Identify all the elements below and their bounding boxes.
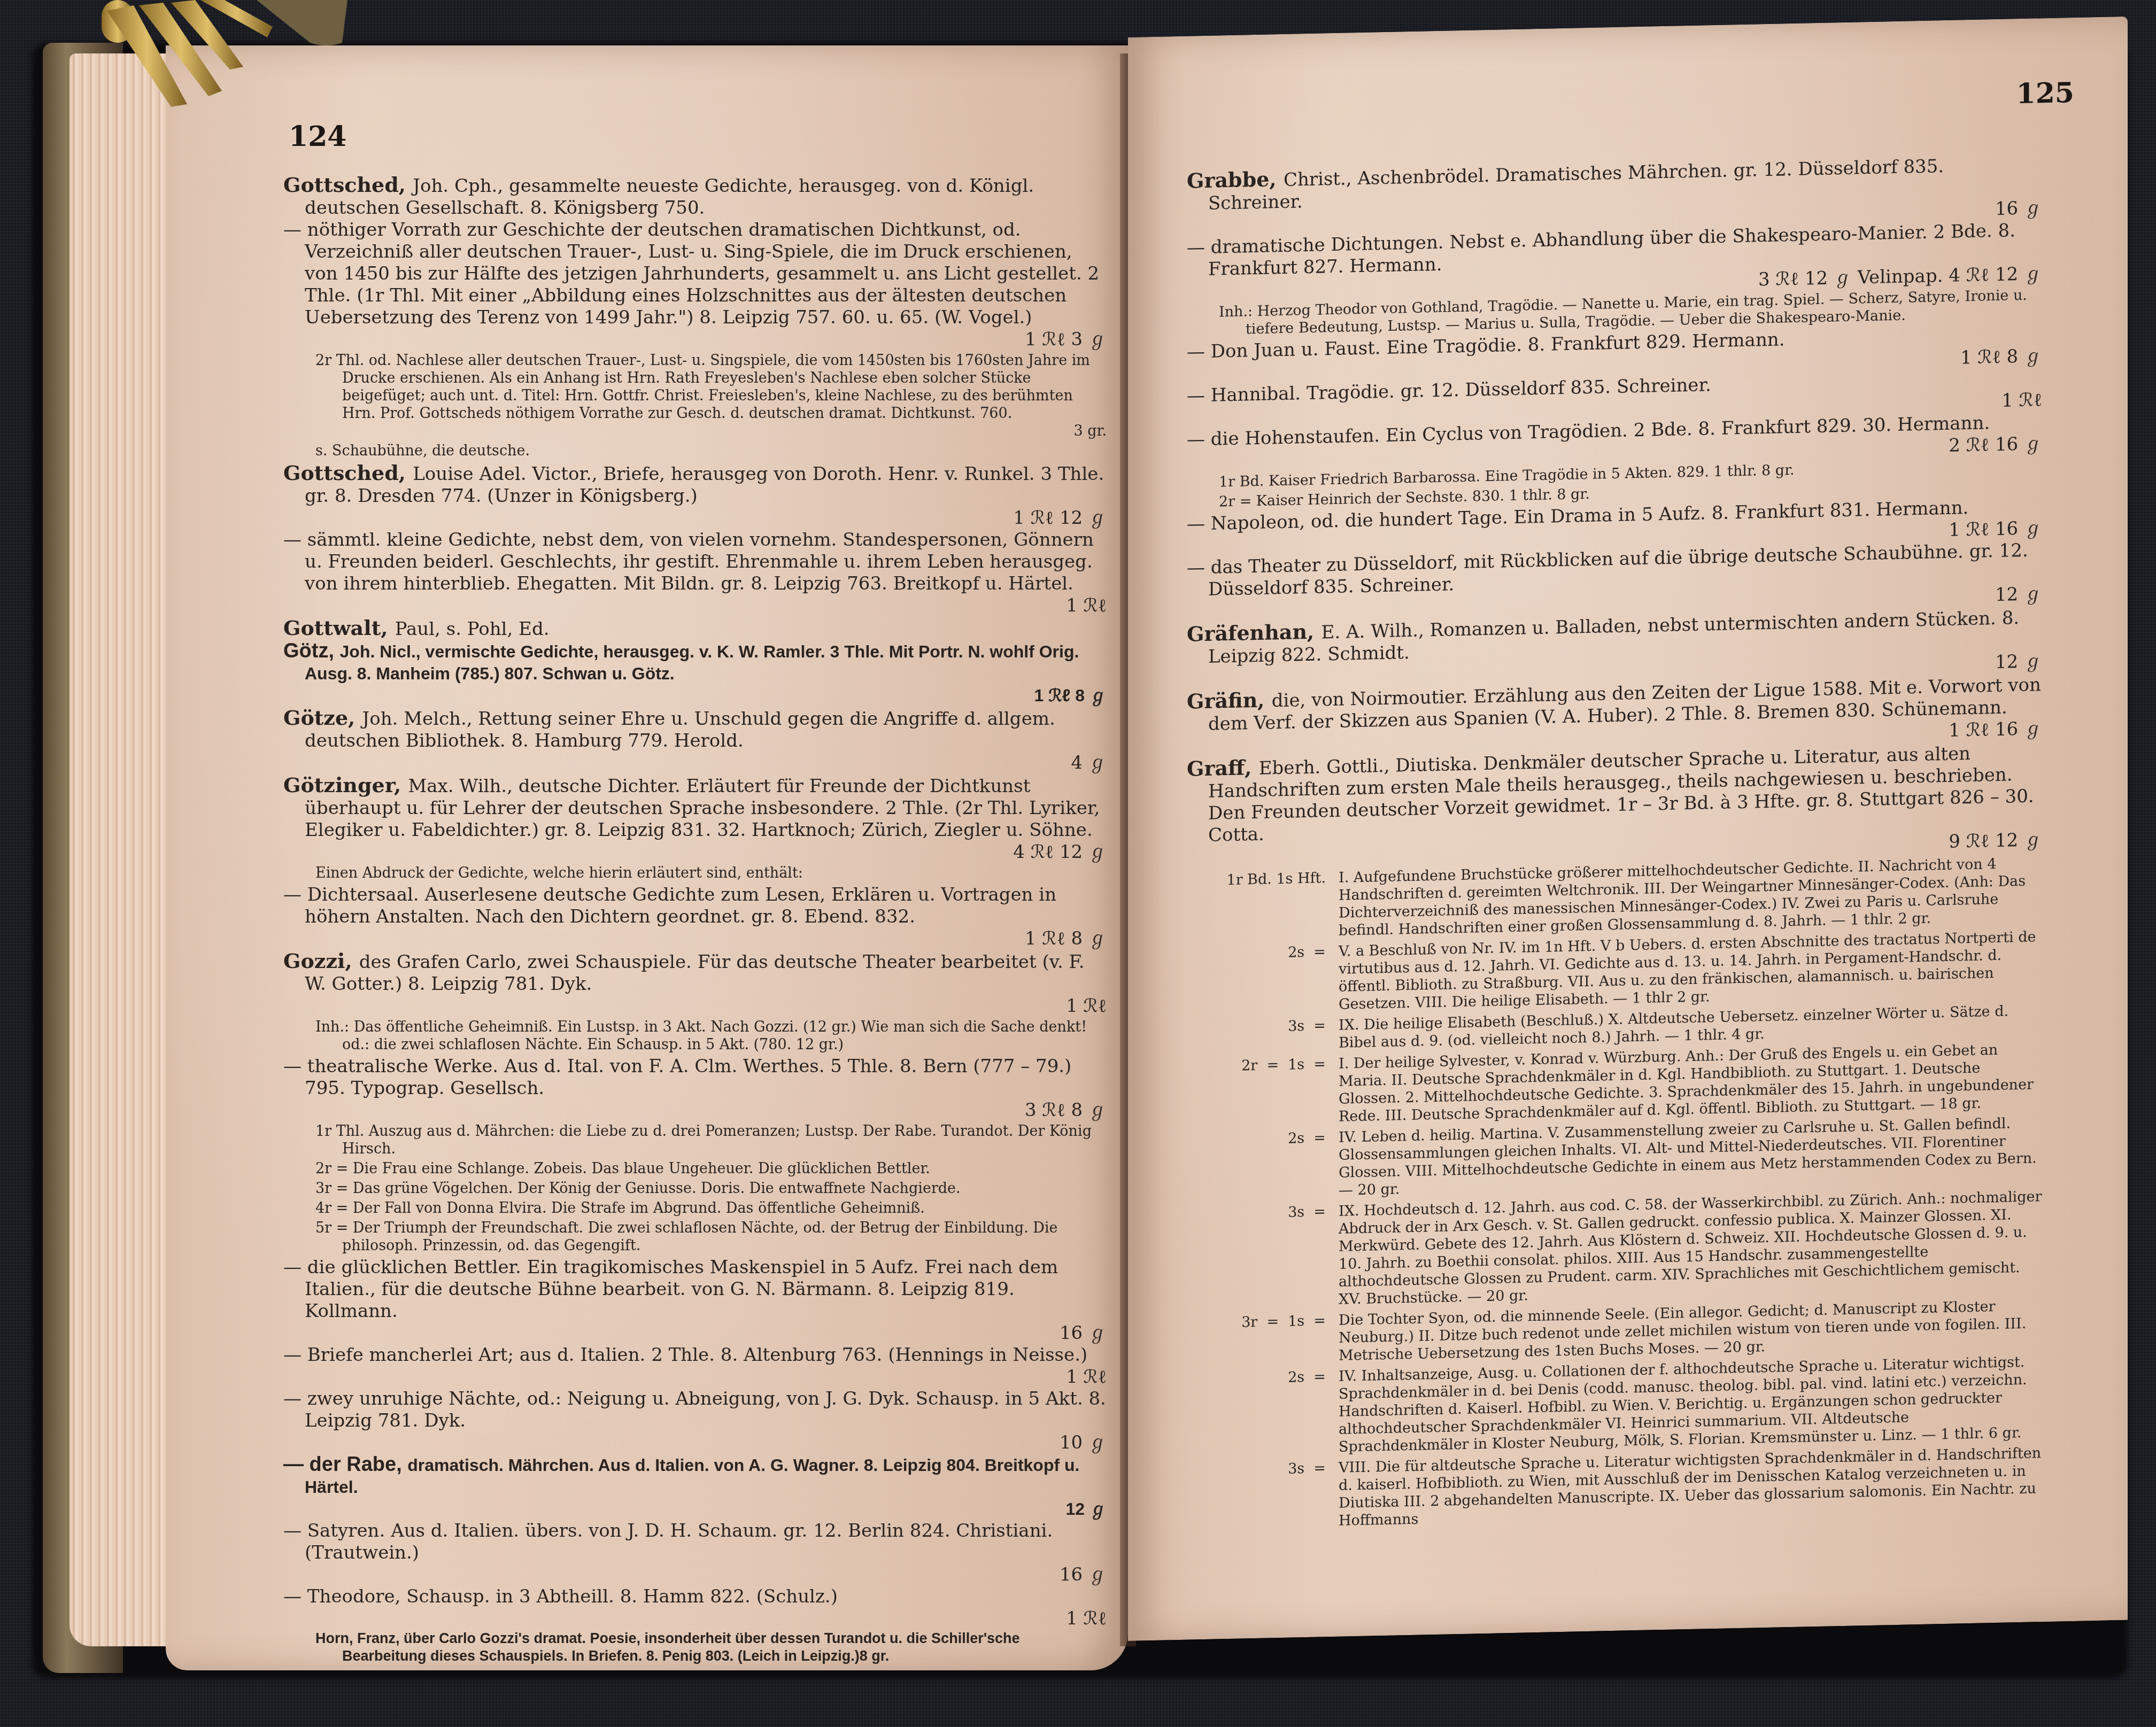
entry-price: 16 ℊ xyxy=(305,1322,1107,1344)
entry-text: — theatralische Werke. Aus d. Ital. von … xyxy=(283,1056,1071,1099)
entry-author: Grabbe, xyxy=(1187,167,1284,193)
entry-text: 5r = Der Triumph der Freundschaft. Die z… xyxy=(315,1220,1058,1254)
catalog-entry: 3r = Das grüne Vögelchen. Der König der … xyxy=(283,1180,1107,1197)
volume-label: 3s = xyxy=(1187,1203,1339,1312)
right-page: 125 Grabbe, Christ., Aschenbrödel. Drama… xyxy=(1128,17,2128,1641)
catalog-entry: Götze, Joh. Melch., Rettung seiner Ehre … xyxy=(283,707,1107,774)
volume-row: 3s =IX. Hochdeutsch d. 12. Jahrh. aus co… xyxy=(1187,1188,2042,1312)
volume-label: 2s = xyxy=(1187,1368,1339,1459)
catalog-entry: 1r Thl. Auszug aus d. Mährchen: die Lieb… xyxy=(283,1122,1107,1158)
entry-text: Paul, s. Pohl, Ed. xyxy=(395,618,550,640)
entry-text: Louise Adel. Victor., Briefe, herausgeg … xyxy=(305,463,1104,507)
volume-row: 2r = 1s =I. Der heilige Sylvester, v. Ko… xyxy=(1187,1040,2042,1129)
brass-page-clip-icon xyxy=(96,0,353,112)
left-page-text: Gottsched, Joh. Cph., gesammelte neueste… xyxy=(283,174,1107,1665)
catalog-entry: — die glücklichen Bettler. Ein tragikomi… xyxy=(283,1257,1107,1344)
volume-row: 2s =IV. Leben d. heilig. Martina. V. Zus… xyxy=(1187,1114,2042,1203)
volume-contents: IV. Leben d. heilig. Martina. V. Zusamme… xyxy=(1339,1114,2042,1199)
right-entries: Grabbe, Christ., Aschenbrödel. Dramatisc… xyxy=(1187,152,2042,869)
entry-price: 3 gr. xyxy=(342,422,1107,440)
volume-label: 2s = xyxy=(1187,1129,1339,1203)
entry-text: — zwey unruhige Nächte, od.: Neigung u. … xyxy=(283,1388,1106,1431)
volume-row: 2s =V. a Beschluß von Nr. IV. im 1n Hft.… xyxy=(1187,928,2042,1017)
volume-contents-table: 1r Bd. 1s Hft.I. Aufgefundene Bruchstück… xyxy=(1187,854,2042,1533)
entry-text: Horn, Franz, über Carlo Gozzi's dramat. … xyxy=(315,1630,1020,1664)
volume-contents: Die Tochter Syon, od. die minnende Seele… xyxy=(1339,1297,2042,1365)
entry-text: — nöthiger Vorrath zur Geschichte der de… xyxy=(283,219,1099,328)
catalog-entry: — zwey unruhige Nächte, od.: Neigung u. … xyxy=(283,1388,1107,1454)
entry-text: Einen Abdruck der Gedichte, welche hieri… xyxy=(315,865,803,881)
entry-text: 1r Thl. Auszug aus d. Mährchen: die Lieb… xyxy=(315,1123,1092,1157)
entry-author: Gozzi, xyxy=(283,949,359,973)
catalog-entry: 5r = Der Triumph der Freundschaft. Die z… xyxy=(283,1219,1107,1254)
catalog-entry: — Briefe mancherlei Art; aus d. Italien.… xyxy=(283,1344,1107,1388)
catalog-entry: Götzinger, Max. Wilh., deutsche Dichter.… xyxy=(283,774,1107,863)
entry-text: Eberh. Gottli., Diutiska. Denkmäler deut… xyxy=(1208,743,2034,846)
entry-text: — sämmtl. kleine Gedichte, nebst dem, vo… xyxy=(283,529,1094,594)
entry-price: 3 ℛℓ 8 ℊ xyxy=(305,1099,1107,1121)
catalog-entry: — Theodore, Schausp. in 3 Abtheill. 8. H… xyxy=(283,1586,1107,1630)
entry-text: — Briefe mancherlei Art; aus d. Italien.… xyxy=(283,1344,1087,1366)
volume-contents: I. Aufgefundene Bruchstücke größerer mit… xyxy=(1339,854,2042,940)
volume-label: 3s = xyxy=(1187,1017,1339,1055)
catalog-entry: s. Schaubühne, die deutsche. xyxy=(283,442,1107,460)
entry-text: — Satyren. Aus d. Italien. übers. von J.… xyxy=(283,1520,1053,1563)
entry-text: Joh. Cph., gesammelte neueste Gedichte, … xyxy=(305,175,1034,219)
catalog-entry: Götz, Joh. Nicl., vermischte Gedichte, h… xyxy=(283,640,1107,707)
entry-author: Gottsched, xyxy=(283,461,413,485)
volume-contents: I. Der heilige Sylvester, v. Konrad v. W… xyxy=(1339,1040,2042,1126)
catalog-entry: Gozzi, des Grafen Carlo, zwei Schauspiel… xyxy=(283,950,1107,1017)
entry-text: Joh. Nicl., vermischte Gedichte, herausg… xyxy=(305,642,1079,683)
catalog-entry: — nöthiger Vorrath zur Geschichte der de… xyxy=(283,219,1107,351)
entry-price: 1 ℛℓ 3 ℊ xyxy=(305,329,1107,351)
volume-row: 2s =IV. Inhaltsanzeige, Ausg. u. Collati… xyxy=(1187,1353,2042,1459)
entry-author: Götze, xyxy=(283,706,362,730)
catalog-entry: Horn, Franz, über Carlo Gozzi's dramat. … xyxy=(283,1630,1107,1665)
volume-row: 3s =VIII. Die für altdeutsche Sprache u.… xyxy=(1187,1444,2042,1533)
catalog-entry: — theatralische Werke. Aus d. Ital. von … xyxy=(283,1056,1107,1121)
entry-text: — Theodore, Schausp. in 3 Abtheill. 8. H… xyxy=(283,1586,838,1607)
entry-text: Inh.: Das öffentliche Geheimniß. Ein Lus… xyxy=(315,1019,1087,1053)
entry-author: Graff, xyxy=(1187,755,1259,781)
volume-label: 3s = xyxy=(1187,1459,1339,1533)
entry-price: 1 ℛℓ 8 ℊ xyxy=(305,928,1107,950)
catalog-entry: 4r = Der Fall von Donna Elvira. Die Stra… xyxy=(283,1199,1107,1217)
catalog-entry: — der Rabe, dramatisch. Mährchen. Aus d.… xyxy=(283,1454,1107,1520)
entry-price: 4 ℛℓ 12 ℊ xyxy=(305,841,1107,863)
entry-author: — der Rabe, xyxy=(283,1453,407,1476)
volume-contents: V. a Beschluß von Nr. IV. im 1n Hft. V b… xyxy=(1339,928,2042,1013)
catalog-entry: — Dichtersaal. Auserlesene deutsche Gedi… xyxy=(283,884,1107,950)
entry-price: 1 ℛℓ xyxy=(305,1608,1107,1630)
entry-text: des Grafen Carlo, zwei Schauspiele. Für … xyxy=(305,951,1085,995)
catalog-entry: Einen Abdruck der Gedichte, welche hieri… xyxy=(283,864,1107,882)
catalog-entry: Graff, Eberh. Gottli., Diutiska. Denkmäl… xyxy=(1187,740,2042,869)
entry-author: Götzinger, xyxy=(283,773,408,797)
entry-author: Gräfenhan, xyxy=(1187,619,1322,646)
volume-contents: IV. Inhaltsanzeige, Ausg. u. Collationen… xyxy=(1339,1353,2042,1456)
volume-label: 2r = 1s = xyxy=(1187,1055,1339,1129)
entry-author: Gottwalt, xyxy=(283,616,395,640)
catalog-entry: Gottwalt, Paul, s. Pohl, Ed. xyxy=(283,617,1107,640)
volume-contents: IX. Hochdeutsch d. 12. Jahrh. aus cod. C… xyxy=(1339,1188,2042,1308)
entry-price: 1 ℛℓ 12 ℊ xyxy=(305,507,1107,529)
page-number-left: 124 xyxy=(289,120,347,153)
catalog-entry: — sämmtl. kleine Gedichte, nebst dem, vo… xyxy=(283,529,1107,617)
catalog-entry: — Satyren. Aus d. Italien. übers. von J.… xyxy=(283,1520,1107,1586)
entry-author: Gräfin, xyxy=(1187,687,1272,713)
entry-text: 2r Thl. od. Nachlese aller deutschen Tra… xyxy=(315,352,1090,422)
entry-text: Max. Wilh., deutsche Dichter. Erläutert … xyxy=(305,776,1100,841)
catalog-entry: 2r = Die Frau eine Schlange. Zobeis. Das… xyxy=(283,1160,1107,1178)
catalog-entry: Inh.: Das öffentliche Geheimniß. Ein Lus… xyxy=(283,1018,1107,1054)
entry-text: s. Schaubühne, die deutsche. xyxy=(315,443,530,459)
entry-text: — die glücklichen Bettler. Ein tragikomi… xyxy=(283,1257,1058,1322)
catalog-entry: Gottsched, Louise Adel. Victor., Briefe,… xyxy=(283,462,1107,529)
entry-price: 1 ℛℓ xyxy=(305,995,1107,1017)
entry-price: 1 ℛℓ 8 ℊ xyxy=(305,685,1107,707)
entry-text: 2r = Die Frau eine Schlange. Zobeis. Das… xyxy=(315,1160,930,1177)
catalog-entry: 2r Thl. od. Nachlese aller deutschen Tra… xyxy=(283,352,1107,440)
entry-author: Gottsched, xyxy=(283,173,413,197)
volume-label: 1r Bd. 1s Hft. xyxy=(1187,869,1339,943)
entry-text: Joh. Melch., Rettung seiner Ehre u. Unsc… xyxy=(305,708,1055,752)
entry-price: 1 ℛℓ xyxy=(305,1366,1107,1388)
entry-price: 4 ℊ xyxy=(305,752,1107,774)
entry-price: 1 ℛℓ xyxy=(305,595,1107,617)
entry-text: — Dichtersaal. Auserlesene deutsche Gedi… xyxy=(283,884,1056,927)
entry-price: 12 ℊ xyxy=(305,1498,1107,1520)
page-stack-edge xyxy=(69,53,176,1646)
entry-author: Götz, xyxy=(283,640,340,662)
entry-price: 16 ℊ xyxy=(305,1564,1107,1586)
volume-contents: VIII. Die für altdeutsche Sprache u. Lit… xyxy=(1339,1444,2042,1530)
left-page: 124 Gottsched, Joh. Cph., gesammelte neu… xyxy=(166,45,1128,1670)
catalog-entry: Gottsched, Joh. Cph., gesammelte neueste… xyxy=(283,174,1107,219)
entry-text: 4r = Der Fall von Donna Elvira. Die Stra… xyxy=(315,1200,925,1217)
entry-price: 10 ℊ xyxy=(305,1432,1107,1454)
page-number-right: 125 xyxy=(2016,76,2074,110)
volume-label: 3r = 1s = xyxy=(1187,1312,1339,1368)
right-page-text: Grabbe, Christ., Aschenbrödel. Dramatisc… xyxy=(1187,152,2042,1536)
entry-text: 3r = Das grüne Vögelchen. Der König der … xyxy=(315,1180,961,1197)
volume-row: 1r Bd. 1s Hft.I. Aufgefundene Bruchstück… xyxy=(1187,854,2042,943)
entry-text: dramatisch. Mährchen. Aus d. Italien. vo… xyxy=(305,1455,1079,1497)
volume-label: 2s = xyxy=(1187,943,1339,1017)
entry-price: 8 gr. xyxy=(860,1648,890,1664)
